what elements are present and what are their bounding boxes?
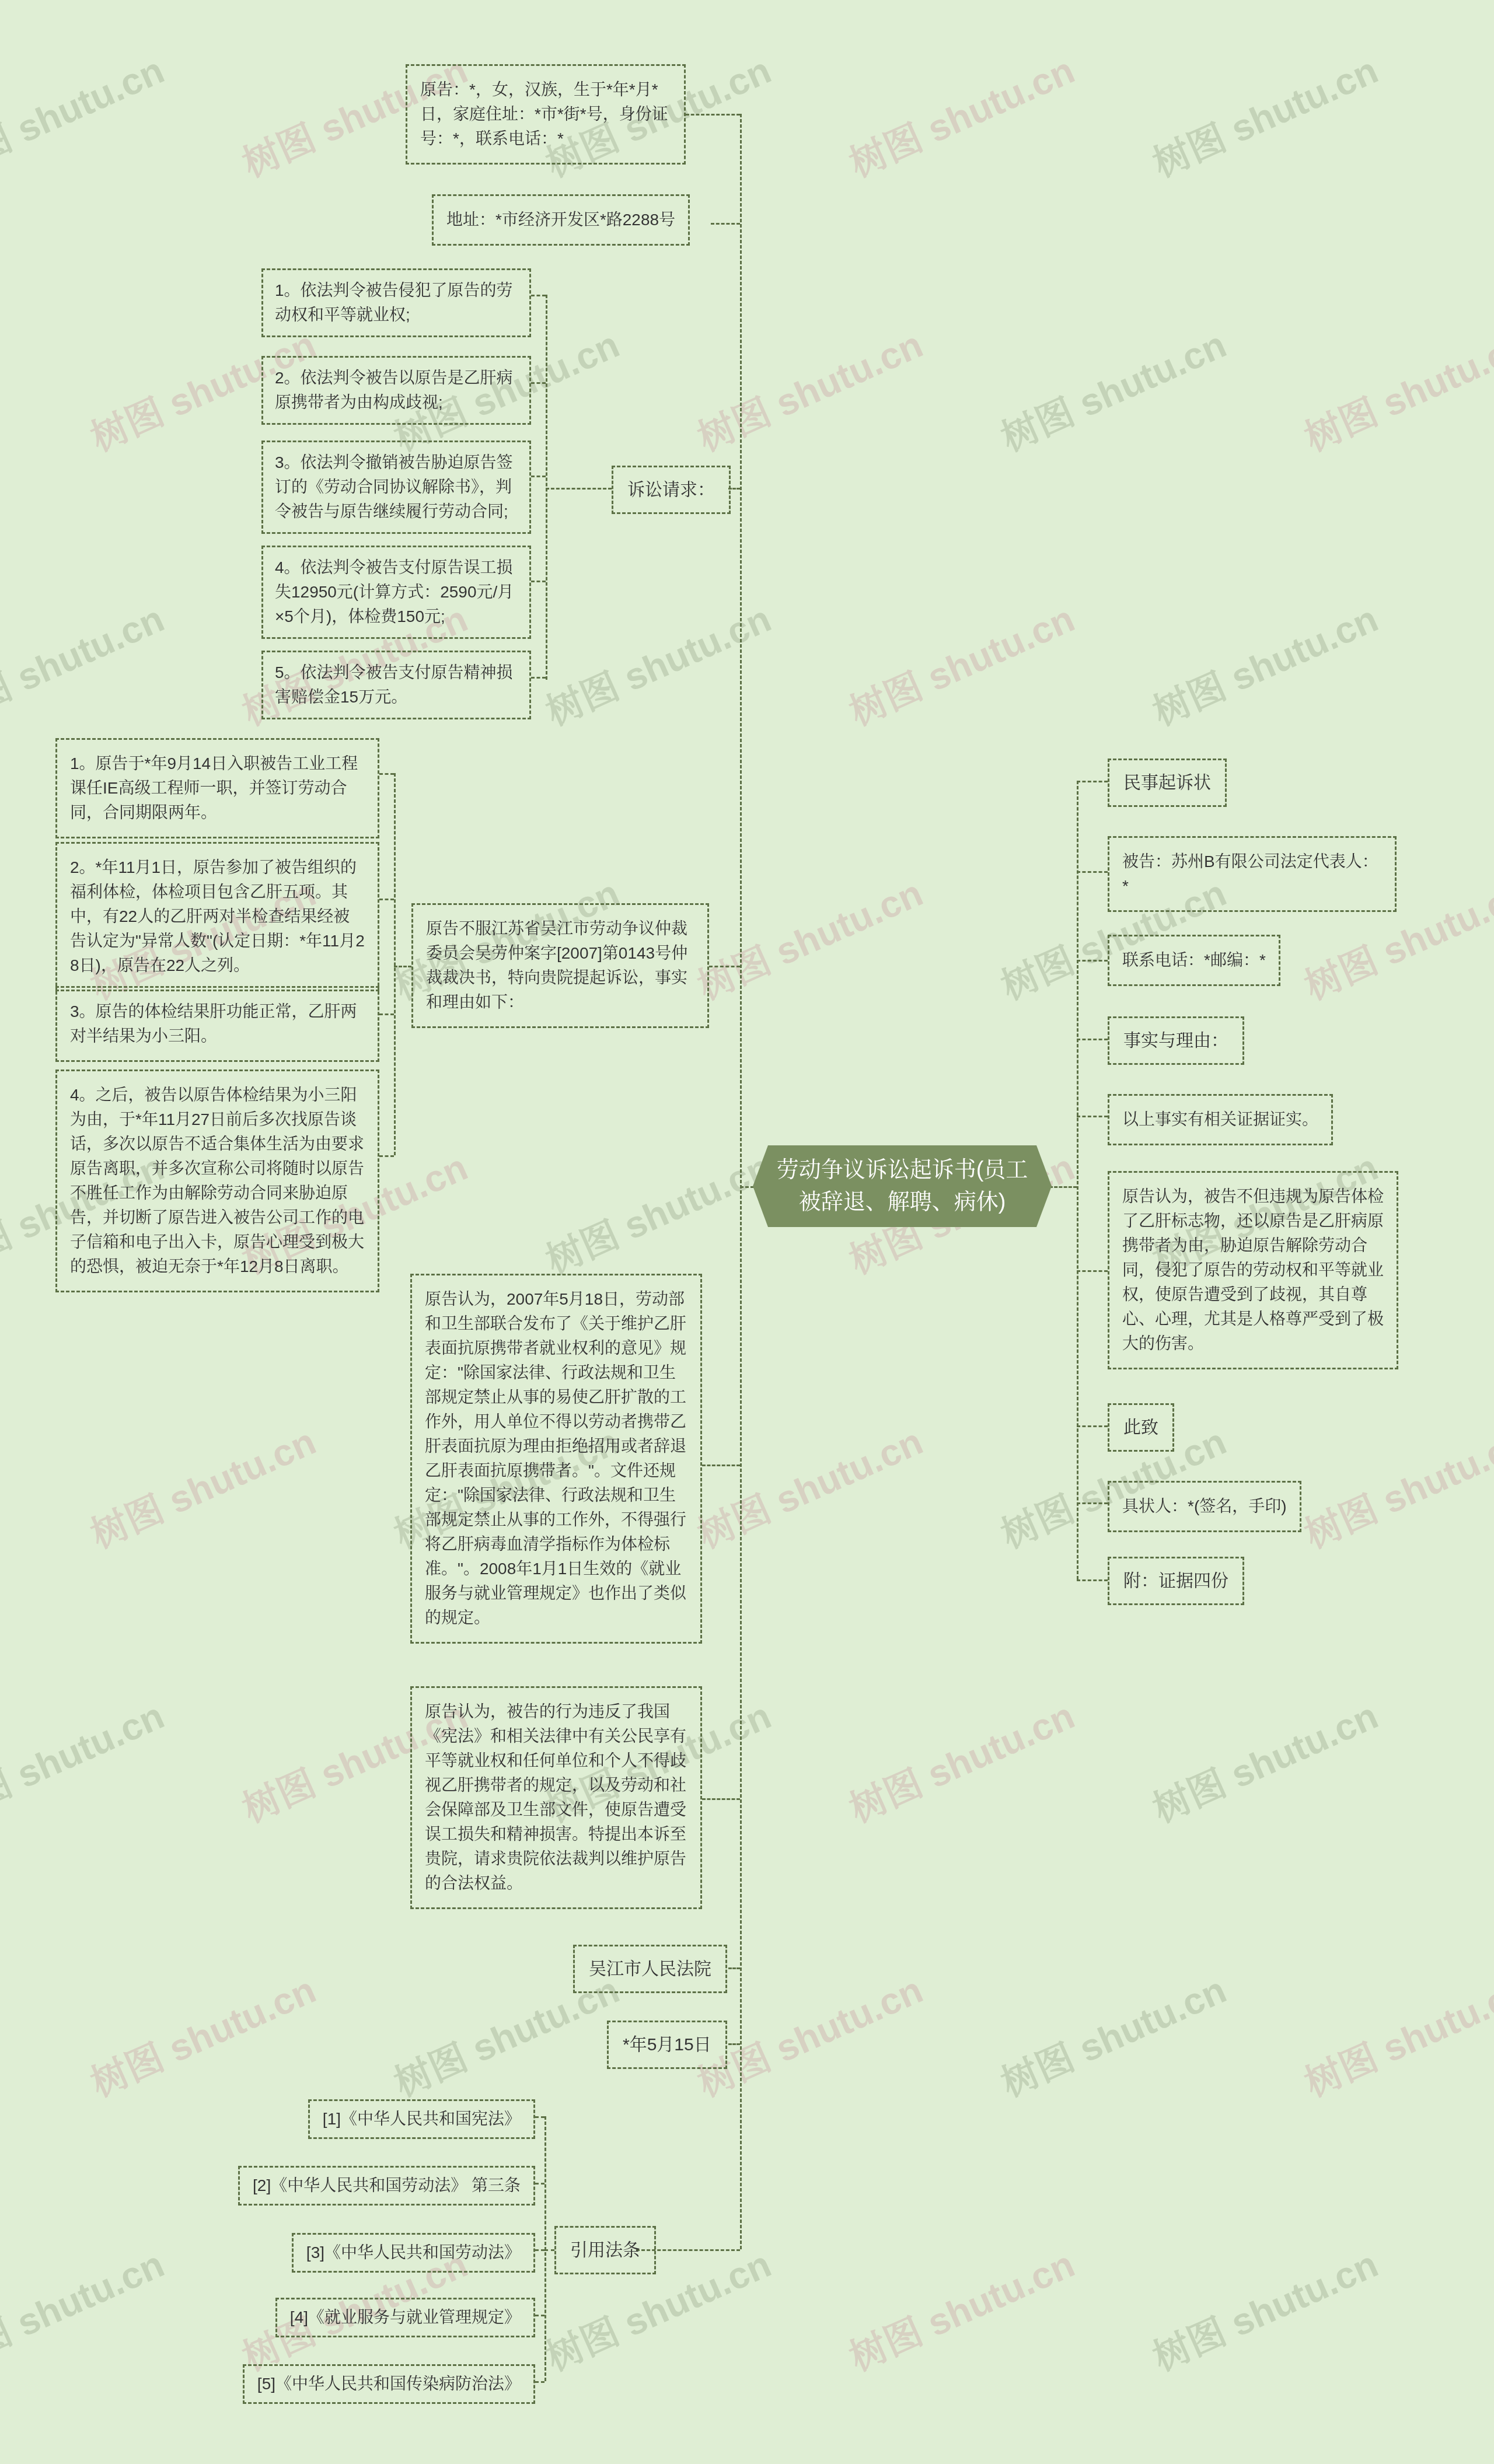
watermark-text: 树图 shutu.cn xyxy=(0,1686,171,1833)
connector-line xyxy=(544,2116,546,2381)
node-citation-2[interactable]: [2]《中华人民共和国劳动法》 第三条 xyxy=(238,2166,535,2206)
watermark-text: 树图 shutu.cn xyxy=(1295,1412,1494,1559)
node-signer[interactable]: 具状人：*(签名，手印) xyxy=(1108,1481,1301,1532)
node-claim-2[interactable]: 2。依法判令被告以原告是乙肝病原携带者为由构成歧视; xyxy=(261,356,531,425)
node-facts-reasons-label[interactable]: 事实与理由： xyxy=(1108,1016,1244,1065)
node-fact-2[interactable]: 2。*年11月1日，原告参加了被告组织的福利体检，体检项目包含乙肝五项。其中，有… xyxy=(55,842,379,991)
mindmap-canvas: { "page": { "watermark_text": "树图 shutu.… xyxy=(0,0,1494,2464)
node-citation-5[interactable]: [5]《中华人民共和国传染病防治法》 xyxy=(243,2364,535,2404)
node-claim-4[interactable]: 4。依法判令被告支付原告误工损失12950元(计算方式：2590元/月×5个月)… xyxy=(261,546,531,639)
node-claims-label[interactable]: 诉讼请求： xyxy=(612,466,731,514)
connector-line xyxy=(740,1186,754,1188)
node-contact[interactable]: 联系电话：*邮编：* xyxy=(1108,935,1280,986)
watermark-text: 树图 shutu.cn xyxy=(536,589,778,736)
watermark-text: 树图 shutu.cn xyxy=(0,2235,171,2382)
watermark-text: 树图 shutu.cn xyxy=(81,1960,323,2107)
node-attachment[interactable]: 附：证据四份 xyxy=(1108,1557,1244,1605)
watermark-text: 树图 shutu.cn xyxy=(536,1138,778,1285)
node-fact-4[interactable]: 4。之后，被告以原告体检结果为小三阳为由，于*年11月27日前后多次找原告谈话，… xyxy=(55,1070,379,1292)
connector-line xyxy=(728,1967,740,1969)
node-evidence-note[interactable]: 以上事实有相关证据证实。 xyxy=(1108,1094,1333,1145)
watermark-text: 树图 shutu.cn xyxy=(1295,315,1494,462)
watermark-text: 树图 shutu.cn xyxy=(840,1686,1081,1833)
connector-line xyxy=(531,581,546,582)
connector-line xyxy=(379,1013,394,1015)
node-right-argument[interactable]: 原告认为，被告不但违规为原告体检了乙肝标志物，还以原告是乙肝病原携带者为由，胁迫… xyxy=(1108,1171,1398,1369)
connector-line xyxy=(531,295,546,296)
connector-line xyxy=(1077,1270,1108,1272)
connector-line xyxy=(1077,871,1108,873)
connector-line xyxy=(535,2116,544,2118)
node-citation-4[interactable]: [4]《就业服务与就业管理规定》 xyxy=(275,2298,535,2337)
connector-line xyxy=(1077,960,1108,962)
watermark-text: 树图 shutu.cn xyxy=(1143,41,1385,188)
node-doc-type[interactable]: 民事起诉状 xyxy=(1108,759,1227,807)
node-argument-regulations[interactable]: 原告认为，2007年5月18日，劳动部和卫生部联合发布了《关于维护乙肝表面抗原携… xyxy=(410,1274,702,1644)
node-citation-1[interactable]: [1]《中华人民共和国宪法》 xyxy=(308,2099,535,2139)
connector-line xyxy=(728,2043,740,2045)
connector-line xyxy=(709,966,740,967)
watermark-text: 树图 shutu.cn xyxy=(840,41,1081,188)
connector-line xyxy=(546,488,612,490)
connector-line xyxy=(1077,1116,1108,1117)
connector-line xyxy=(711,223,740,225)
watermark-text: 树图 shutu.cn xyxy=(840,589,1081,736)
connector-line xyxy=(546,295,547,680)
connector-line xyxy=(379,773,394,775)
watermark-text: 树图 shutu.cn xyxy=(992,315,1233,462)
watermark-text: 树图 shutu.cn xyxy=(688,864,930,1011)
node-date[interactable]: *年5月15日 xyxy=(607,2021,727,2069)
node-defendant[interactable]: 被告：苏州B有限公司法定代表人：* xyxy=(1108,836,1397,912)
connector-line xyxy=(1077,781,1108,782)
node-fact-3[interactable]: 3。原告的体检结果肝功能正常，乙肝两对半结果为小三阳。 xyxy=(55,986,379,1062)
connector-line xyxy=(686,114,740,116)
connector-line xyxy=(394,966,411,967)
connector-line xyxy=(1077,1579,1108,1581)
watermark-text: 树图 shutu.cn xyxy=(1295,1960,1494,2107)
connector-line xyxy=(394,773,396,1155)
node-citations-label[interactable]: 引用法条 xyxy=(554,2226,656,2274)
connector-line xyxy=(1077,1039,1108,1040)
node-citation-3[interactable]: [3]《中华人民共和国劳动法》 xyxy=(292,2233,535,2273)
node-address[interactable]: 地址：*市经济开发区*路2288号 xyxy=(432,194,690,246)
connector-line xyxy=(535,2381,544,2383)
connector-line xyxy=(379,899,394,900)
node-salute[interactable]: 此致 xyxy=(1108,1403,1174,1452)
node-fact-1[interactable]: 1。原告于*年9月14日入职被告工业工程课任IE高级工程师一职，并签订劳动合同，… xyxy=(55,738,379,838)
connector-line xyxy=(535,2249,544,2251)
connector-line xyxy=(702,1798,740,1800)
connector-line xyxy=(702,1465,740,1466)
watermark-text: 树图 shutu.cn xyxy=(0,41,171,188)
node-claim-3[interactable]: 3。依法判令撤销被告胁迫原告签订的《劳动合同协议解除书》，判令被告与原告继续履行… xyxy=(261,441,531,534)
connector-line xyxy=(1077,781,1078,1579)
connector-line xyxy=(1049,1186,1077,1188)
node-claim-1[interactable]: 1。依法判令被告侵犯了原告的劳动权和平等就业权; xyxy=(261,268,531,337)
connector-line xyxy=(1077,1425,1108,1427)
watermark-text: 树图 shutu.cn xyxy=(688,315,930,462)
connector-line xyxy=(531,382,546,384)
center-topic-node[interactable]: 劳动争议诉讼起诉书(员工被辞退、解聘、病休) xyxy=(753,1145,1052,1227)
watermark-text: 树图 shutu.cn xyxy=(81,1412,323,1559)
connector-line xyxy=(531,476,546,477)
connector-line xyxy=(1077,1502,1108,1504)
watermark-text: 树图 shutu.cn xyxy=(1143,589,1385,736)
connector-line xyxy=(740,114,742,2249)
watermark-text: 树图 shutu.cn xyxy=(992,1960,1233,2107)
node-argument-constitution[interactable]: 原告认为，被告的行为违反了我国《宪法》和相关法律中有关公民享有平等就业权和任何单… xyxy=(410,1686,702,1909)
node-plaintiff-info[interactable]: 原告：*，女，汉族，生于*年*月*日，家庭住址：*市*街*号，身份证号：*，联系… xyxy=(406,64,686,165)
watermark-text: 树图 shutu.cn xyxy=(1143,1686,1385,1833)
connector-line xyxy=(535,2183,544,2185)
node-appeal-statement[interactable]: 原告不服江苏省吴江市劳动争议仲裁委员会吴劳仲案字[2007]第0143号仲裁裁决… xyxy=(411,903,709,1028)
watermark-text: 树图 shutu.cn xyxy=(688,1412,930,1559)
connector-line xyxy=(531,677,546,679)
watermark-text: 树图 shutu.cn xyxy=(1143,2235,1385,2382)
node-court[interactable]: 吴江市人民法院 xyxy=(573,1945,727,1993)
node-claim-5[interactable]: 5。依法判令被告支付原告精神损害赔偿金15万元。 xyxy=(261,651,531,719)
watermark-text: 树图 shutu.cn xyxy=(840,2235,1081,2382)
watermark-text: 树图 shutu.cn xyxy=(0,589,171,736)
connector-line xyxy=(379,1155,394,1157)
connector-line xyxy=(535,2315,544,2316)
